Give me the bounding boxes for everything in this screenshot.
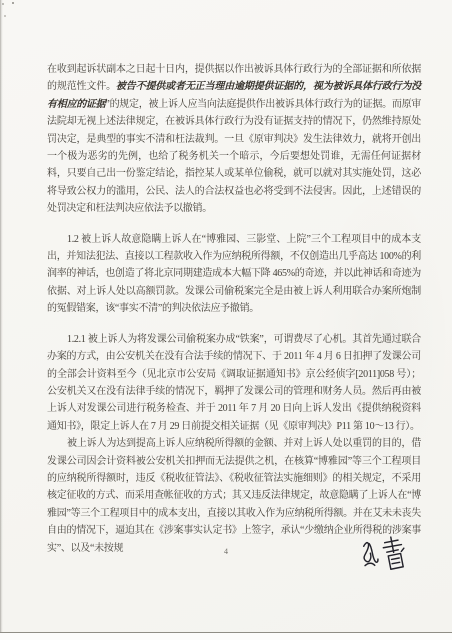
scan-speck (4, 15, 6, 17)
paragraph-text: 1.2 被上诉人故意隐瞒上诉人在“博雅园、三影堂、上院”三个工程项目中的成本支出… (47, 234, 421, 315)
scanner-background (0, 633, 452, 640)
paragraph-text: 1.2.1 被上诉人为将发课公司偷税案办成“铁案”，可谓费尽了心机。其首先通过联… (47, 334, 421, 432)
paragraph-text: ”的规定，被上诉人应当向法庭提供作出被诉具体行政行为的证据。而原审法院却无视上述… (47, 99, 421, 214)
paragraph: 1.2 被上诉人故意隐瞒上诉人在“博雅园、三影堂、上院”三个工程项目中的成本支出… (47, 231, 421, 318)
paragraph: 在收到起诉状副本之日起十日内，提供据以作出被诉具体行政行为的全部证据和所依据的规… (47, 61, 421, 218)
scan-left-edge (0, 0, 3, 634)
paragraph: 1.2.1 被上诉人为将发课公司偷税案办成“铁案”，可谓费尽了心机。其首先通过联… (47, 331, 421, 435)
document-body-text: 在收到起诉状副本之日起十日内，提供据以作出被诉具体行政行为的全部证据和所依据的规… (47, 61, 421, 557)
handwritten-signature-icon (359, 533, 417, 575)
scan-speck (12, 2, 14, 4)
scanned-document-page: 在收到起诉状副本之日起十日内，提供据以作出被诉具体行政行为的全部证据和所依据的规… (0, 0, 452, 640)
